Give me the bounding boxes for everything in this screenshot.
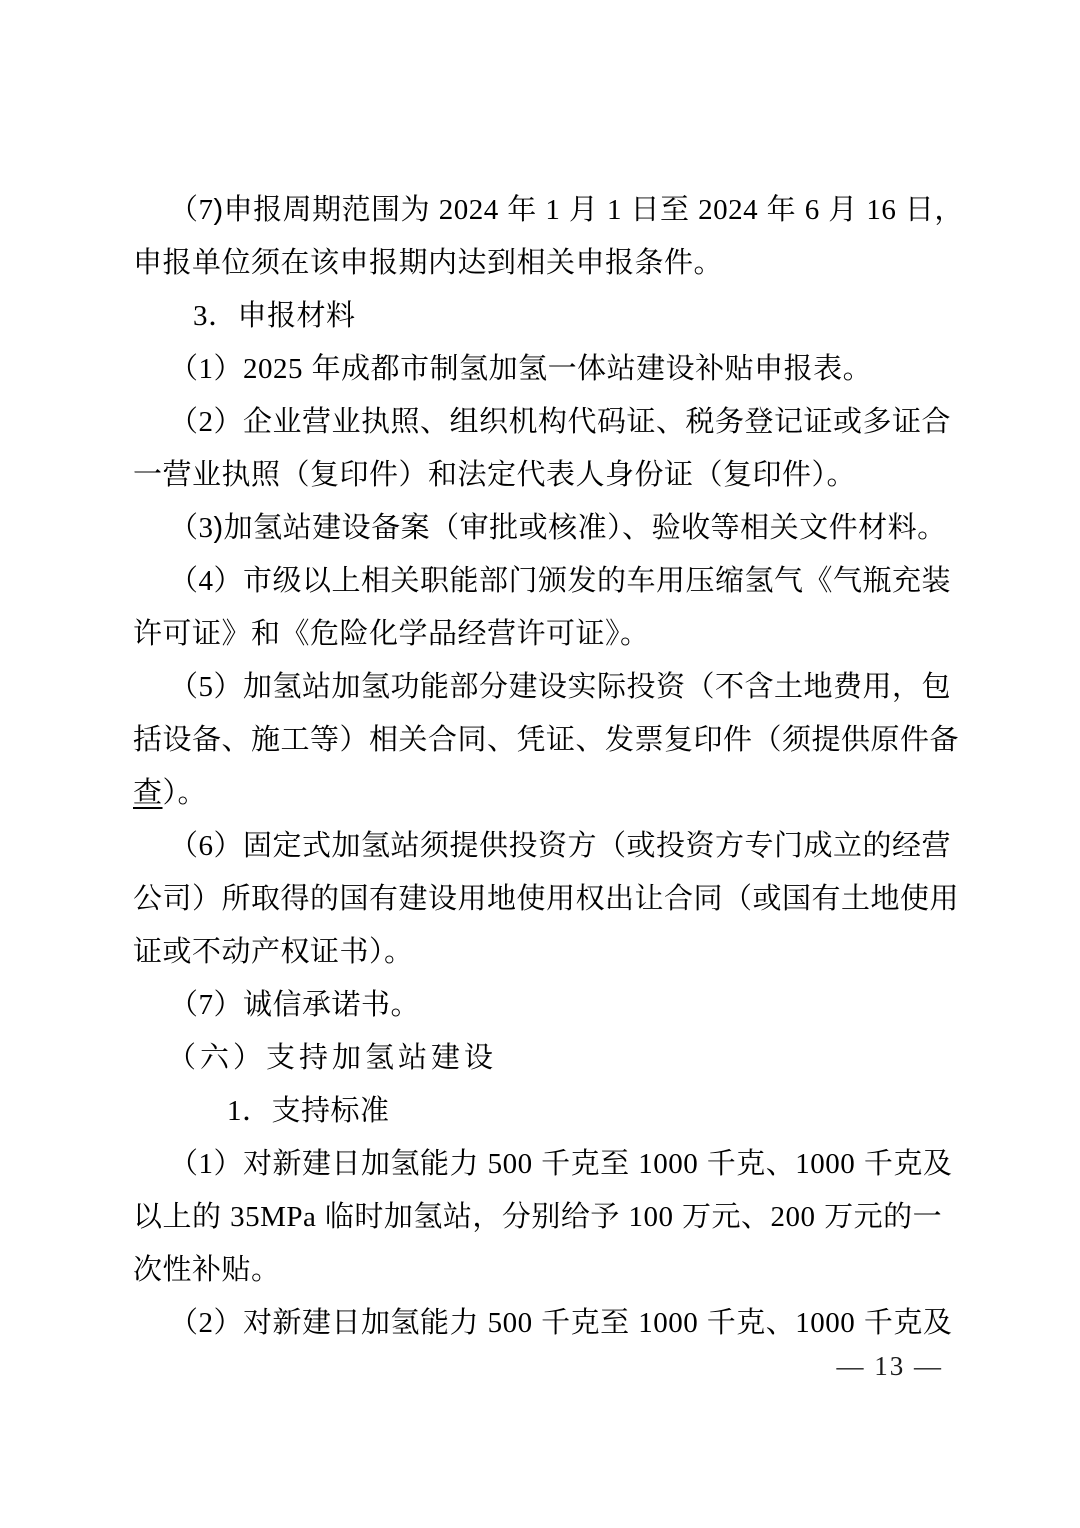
text-line: 3．申报材料 (133, 290, 963, 343)
text-line: 次性补贴。 (133, 1244, 963, 1297)
text-line: （1）对新建日加氢能力 500 千克至 1000 千克、1000 千克及 (133, 1138, 963, 1191)
page-number: — 13 — (837, 1346, 944, 1386)
document-body: （7)申报周期范围为 2024 年 1 月 1 日至 2024 年 6 月 16… (133, 184, 963, 1350)
text-line: 1．支持标准 (133, 1085, 963, 1138)
text-line: 公司）所取得的国有建设用地使用权出让合同（或国有土地使用 (133, 873, 963, 926)
text-line: （2）对新建日加氢能力 500 千克至 1000 千克、1000 千克及 (133, 1297, 963, 1350)
text-line: （3)加氢站建设备案（审批或核准）、验收等相关文件材料。 (133, 502, 963, 555)
text-line: （1）2025 年成都市制氢加氢一体站建设补贴申报表。 (133, 343, 963, 396)
text-line: 许可证》和《危险化学品经营许可证》。 (133, 608, 963, 661)
text-line: （7）诚信承诺书。 (133, 979, 963, 1032)
text-line: （六）支持加氢站建设 (133, 1032, 963, 1085)
text-line: （5）加氢站加氢功能部分建设实际投资（不含土地费用，包 (133, 661, 963, 714)
text-line: 一营业执照（复印件）和法定代表人身份证（复印件）。 (133, 449, 963, 502)
text-line: （7)申报周期范围为 2024 年 1 月 1 日至 2024 年 6 月 16… (133, 184, 963, 237)
text-line: 以上的 35MPa 临时加氢站，分别给予 100 万元、200 万元的一 (133, 1191, 963, 1244)
text-line: 查）。 (133, 767, 963, 820)
text-line: 证或不动产权证书）。 (133, 926, 963, 979)
document-page: （7)申报周期范围为 2024 年 1 月 1 日至 2024 年 6 月 16… (0, 0, 1080, 1528)
text-line: （6）固定式加氢站须提供投资方（或投资方专门成立的经营 (133, 820, 963, 873)
text-line: （2）企业营业执照、组织机构代码证、税务登记证或多证合 (133, 396, 963, 449)
text-line: 括设备、施工等）相关合同、凭证、发票复印件（须提供原件备 (133, 714, 963, 767)
text-line: （4）市级以上相关职能部门颁发的车用压缩氢气《气瓶充装 (133, 555, 963, 608)
text-line: 申报单位须在该申报期内达到相关申报条件。 (133, 237, 963, 290)
